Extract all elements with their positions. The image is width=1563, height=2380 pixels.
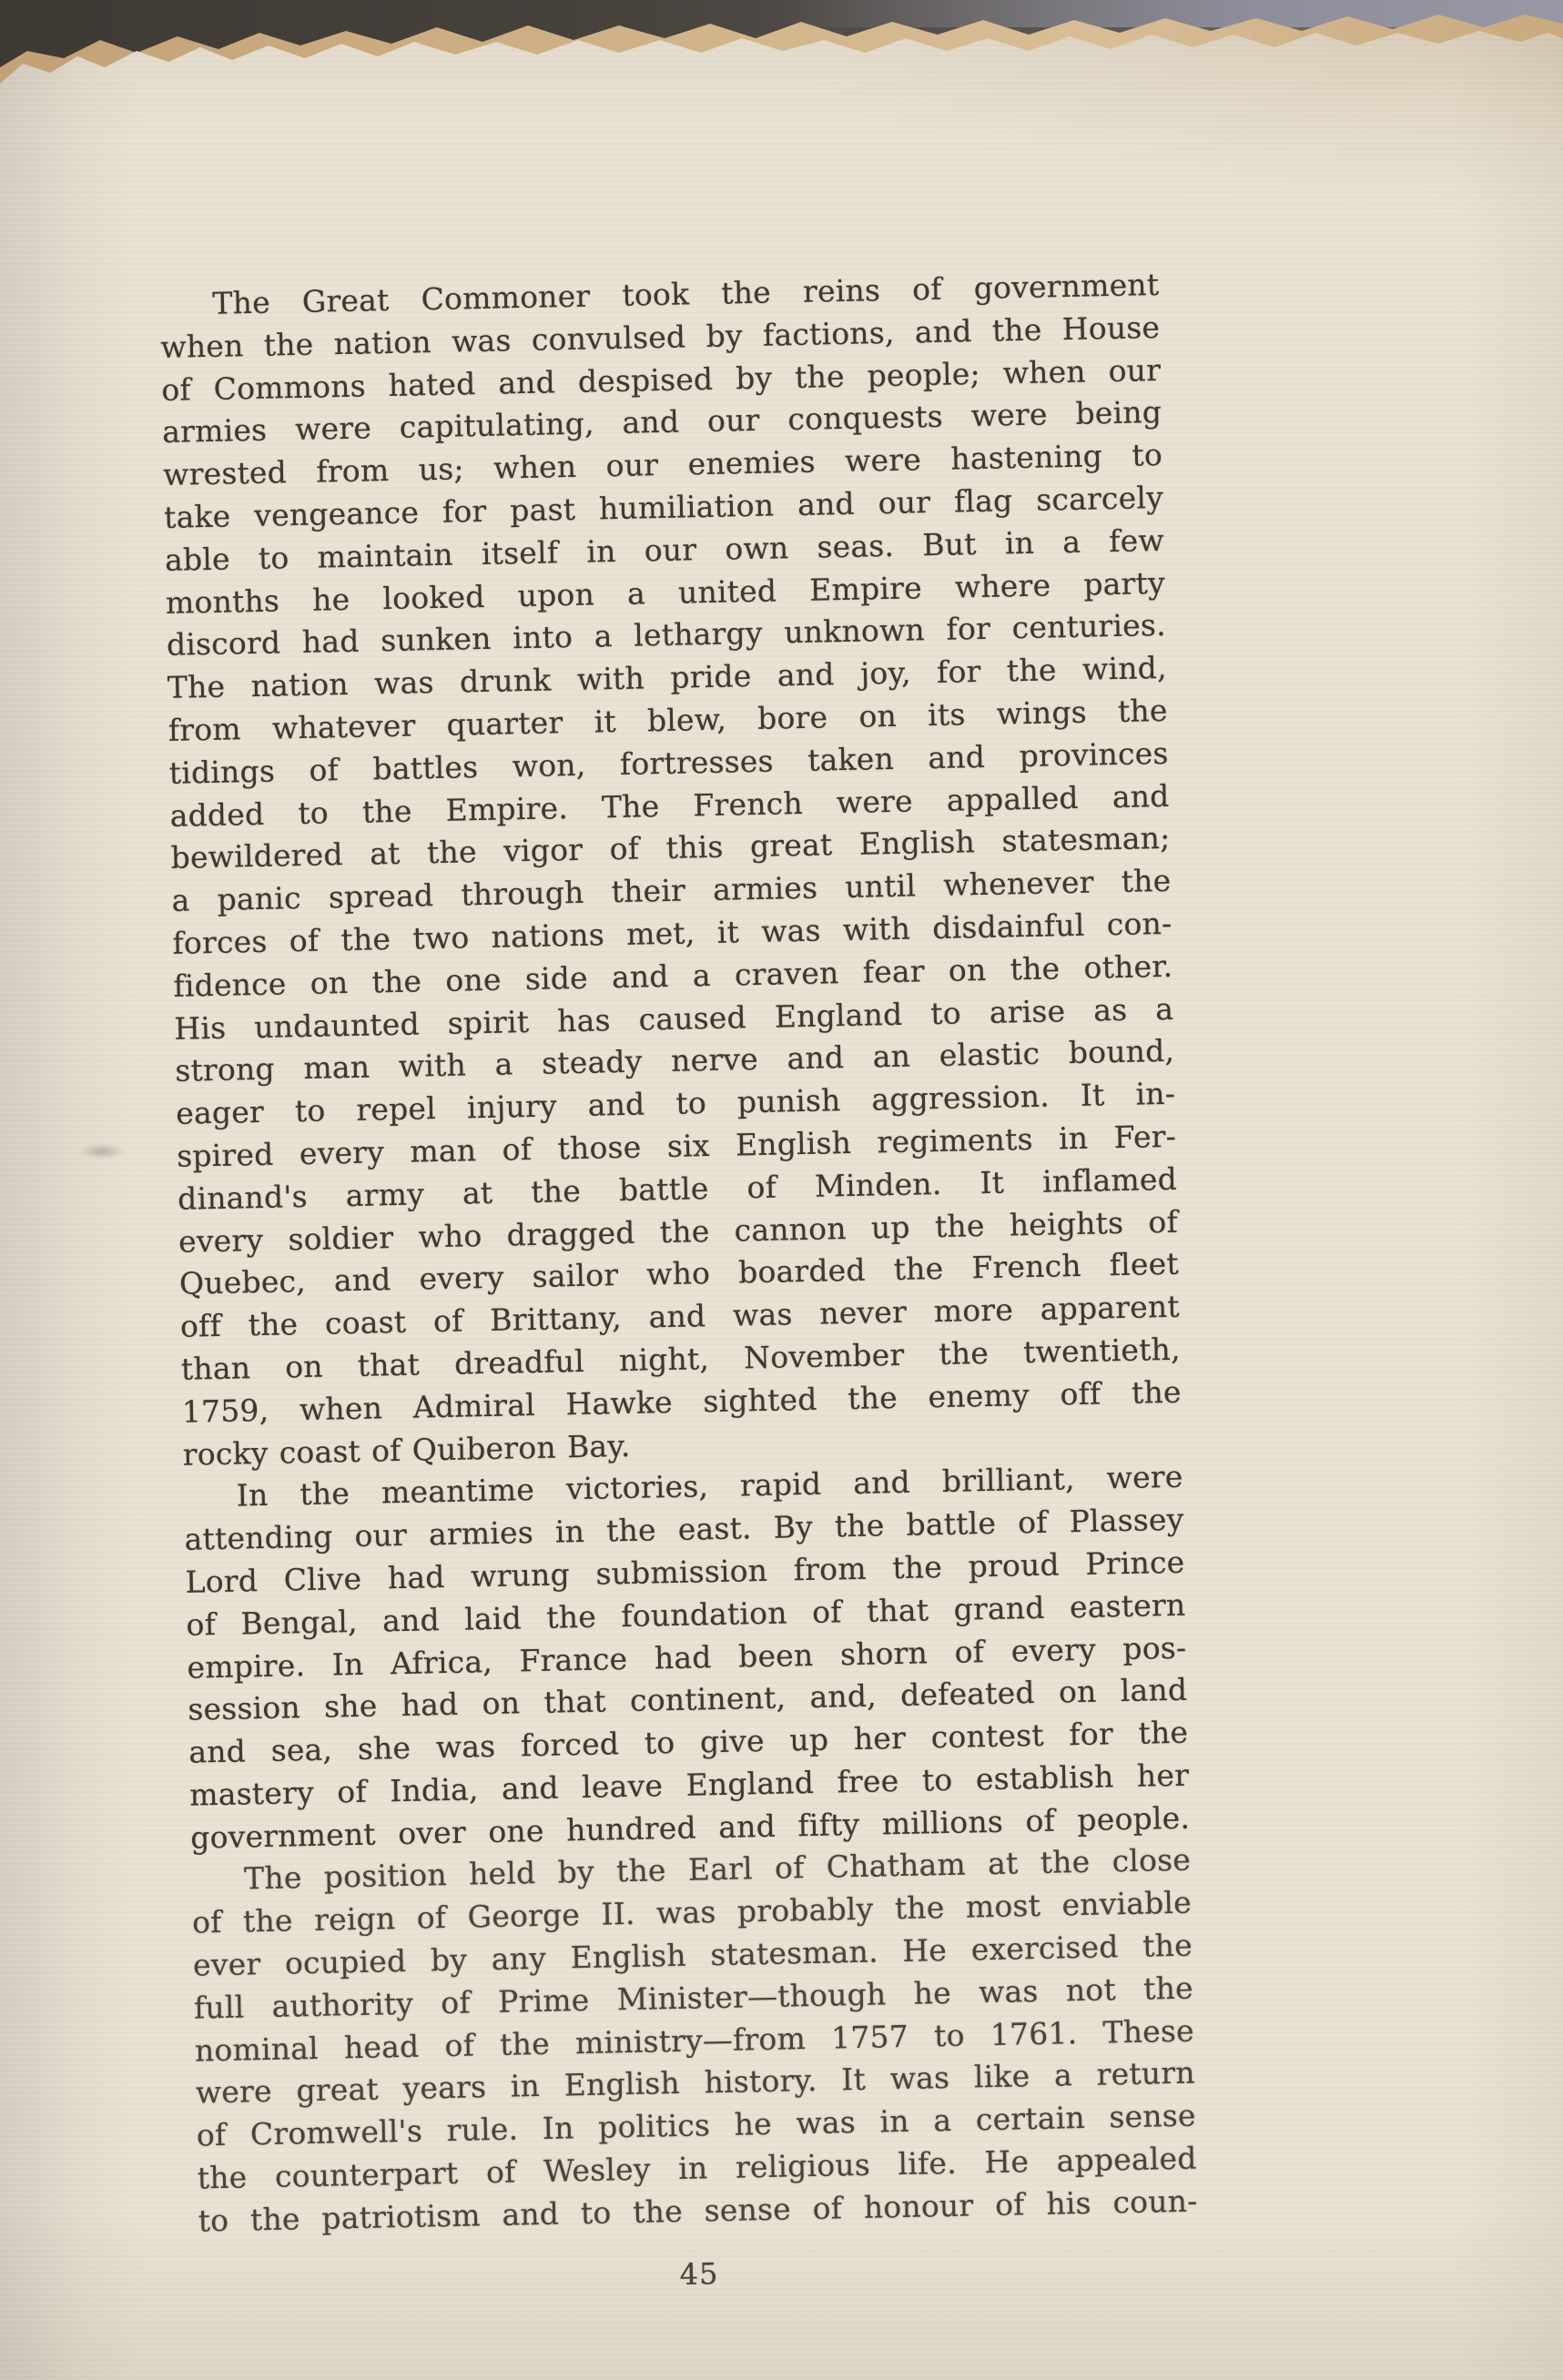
paragraphs: The Great Commoner took the reins of gov… <box>159 264 1198 2243</box>
paragraph: In the meantime victories, rapid and bri… <box>183 1456 1190 1859</box>
page-text: The Great Commoner took the reins of gov… <box>159 264 1199 2305</box>
ink-smudge <box>78 1143 126 1160</box>
scanned-page: The Great Commoner took the reins of gov… <box>0 0 1563 2380</box>
paragraph: The position held by the Earl of Chatham… <box>191 1839 1198 2243</box>
paragraph: The Great Commoner took the reins of gov… <box>159 264 1182 1476</box>
